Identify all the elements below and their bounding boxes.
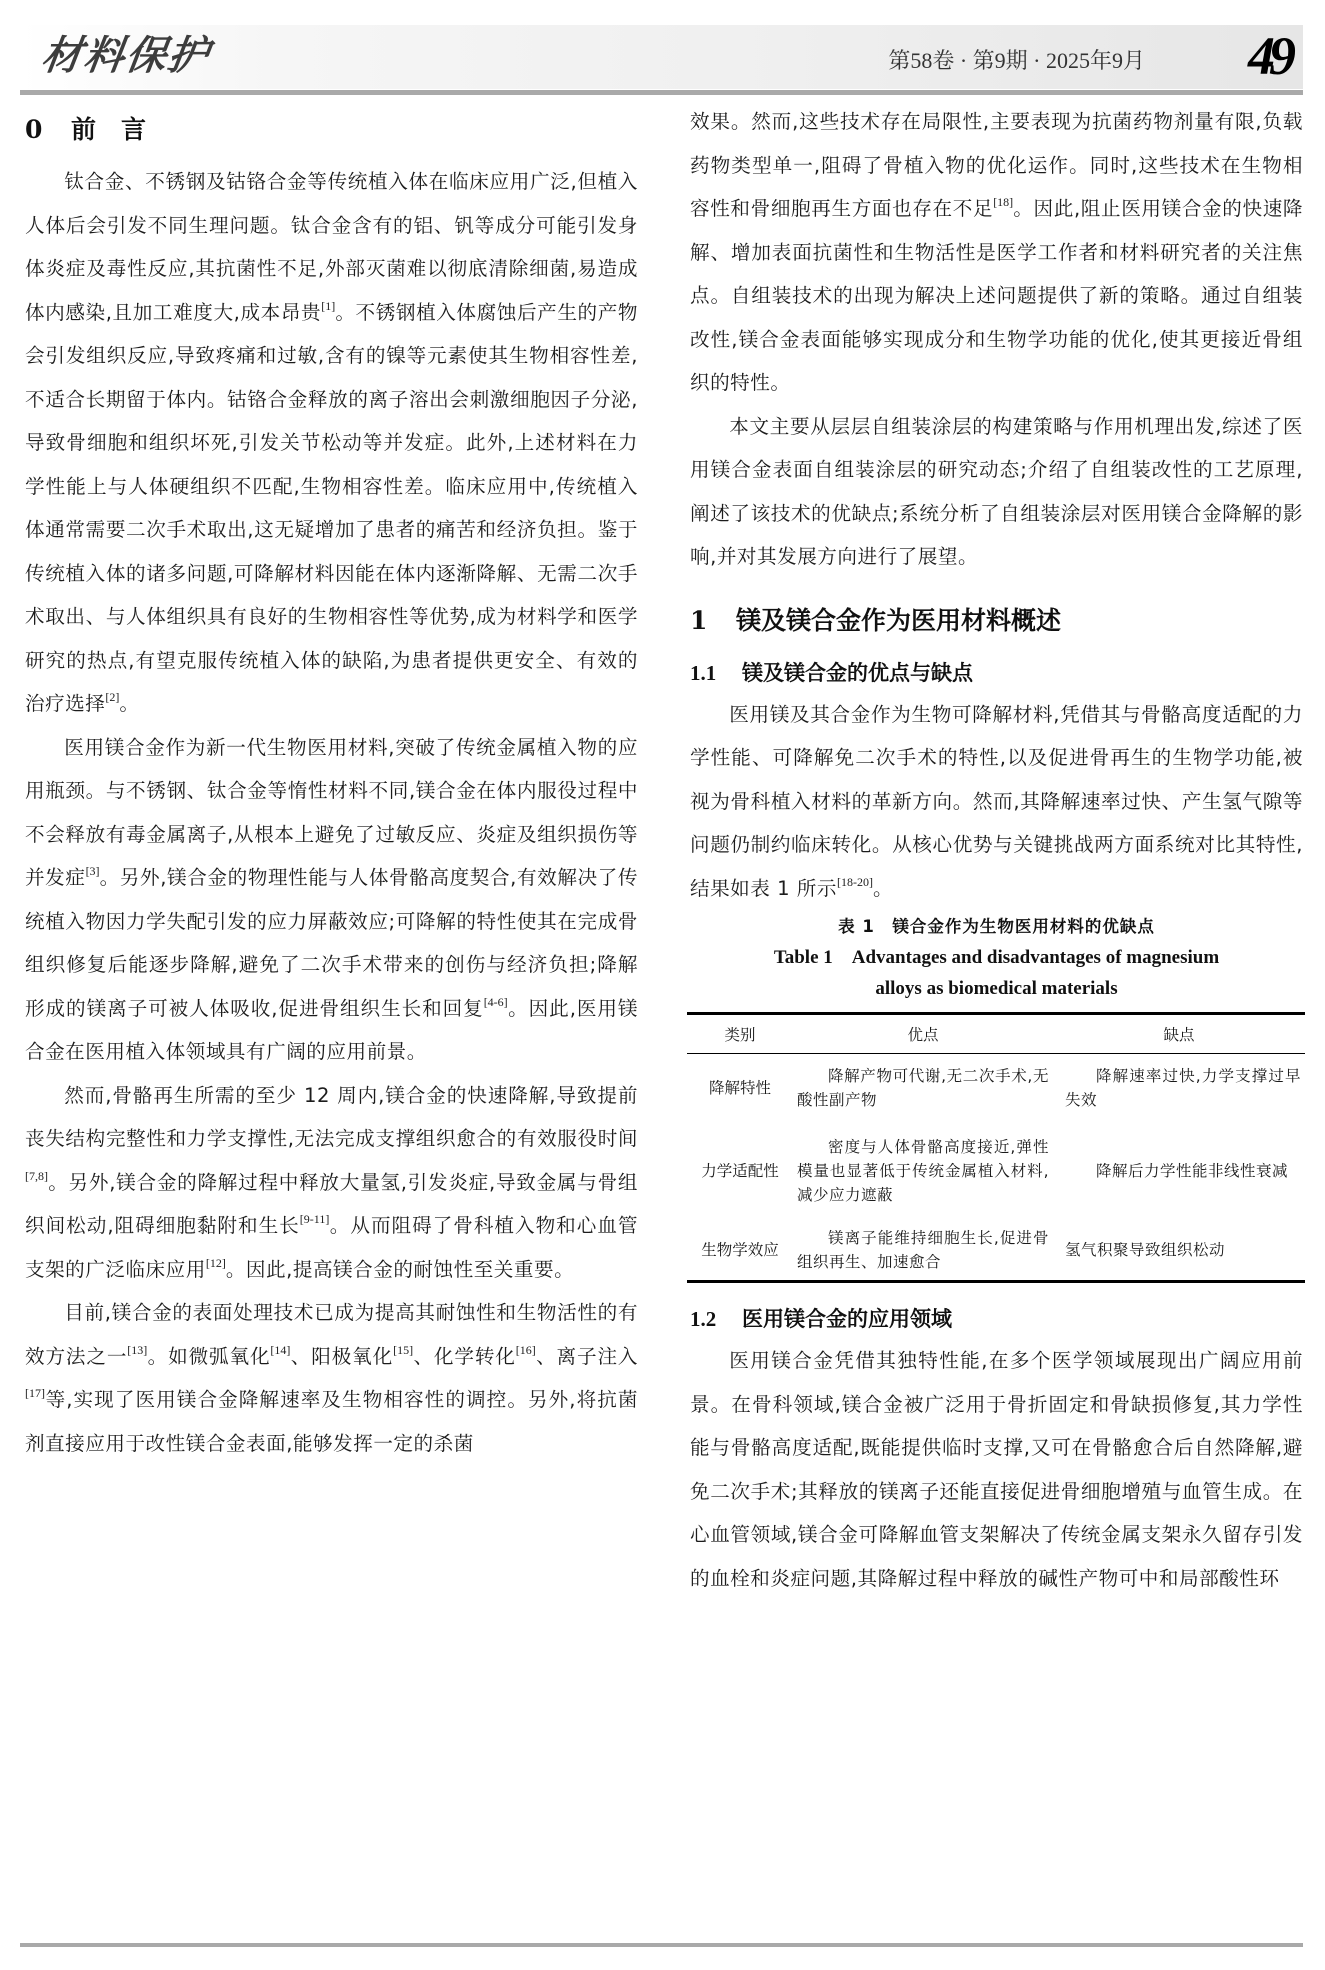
cell-advantage: 降解产物可代谢,无二次手术,无酸性副产物 — [793, 1054, 1053, 1122]
right-column: 效果。然而,这些技术存在局限性,主要表现为抗菌药物剂量有限,负载药物类型单一,阻… — [690, 100, 1303, 1600]
cell-category: 力学适配性 — [687, 1122, 793, 1220]
paragraph: 医用镁合金凭借其独特性能,在多个医学领域展现出广阔应用前景。在骨科领域,镁合金被… — [690, 1339, 1303, 1600]
table-row: 降解特性 降解产物可代谢,无二次手术,无酸性副产物 降解速率过快,力学支撑过早失… — [687, 1054, 1305, 1122]
footer-rule — [20, 1943, 1303, 1947]
table-row: 生物学效应 镁离子能维持细胞生长,促进骨组织再生、加速愈合 氢气积聚导致组织松动 — [687, 1220, 1305, 1282]
cell-disadvantage: 氢气积聚导致组织松动 — [1053, 1220, 1305, 1282]
citation[interactable]: [1] — [321, 299, 335, 313]
citation[interactable]: [17] — [25, 1386, 45, 1400]
table-caption-en-line2: alloys as biomedical materials — [690, 973, 1303, 1004]
journal-logo: 材料保护 — [38, 28, 214, 84]
section-number: 1 — [690, 599, 736, 643]
column-header-category: 类别 — [687, 1014, 793, 1054]
table-1: 表 1 镁合金作为生物医用材料的优缺点 Table 1 Advantages a… — [690, 912, 1303, 1283]
citation[interactable]: [4-6] — [484, 995, 508, 1009]
paragraph: 医用镁合金作为新一代生物医用材料,突破了传统金属植入物的应用瓶颈。与不锈钢、钛合… — [25, 726, 638, 1074]
cell-advantage: 镁离子能维持细胞生长,促进骨组织再生、加速愈合 — [793, 1220, 1053, 1282]
cell-category: 生物学效应 — [687, 1220, 793, 1282]
cell-advantage: 密度与人体骨骼高度接近,弹性模量也显著低于传统金属植入材料,减少应力遮蔽 — [793, 1122, 1053, 1220]
table-caption-cn: 表 1 镁合金作为生物医用材料的优缺点 — [690, 912, 1303, 942]
citation[interactable]: [13] — [127, 1343, 147, 1357]
paragraph: 效果。然而,这些技术存在局限性,主要表现为抗菌药物剂量有限,负载药物类型单一,阻… — [690, 100, 1303, 405]
citation[interactable]: [16] — [516, 1343, 536, 1357]
cell-disadvantage: 降解后力学性能非线性衰减 — [1053, 1122, 1305, 1220]
subsection-number: 1.2 — [690, 1299, 742, 1339]
left-column: 0前 言 钛合金、不锈钢及钴铬合金等传统植入体在临床应用广泛,但植入人体后会引发… — [25, 108, 638, 1465]
citation[interactable]: [18] — [993, 195, 1013, 209]
paragraph: 钛合金、不锈钢及钴铬合金等传统植入体在临床应用广泛,但植入人体后会引发不同生理问… — [25, 160, 638, 726]
issue-info: 第58卷 · 第9期 · 2025年9月 — [888, 46, 1145, 76]
section-heading-1: 1镁及镁合金作为医用材料概述 — [690, 599, 1303, 643]
subsection-title: 镁及镁合金的优点与缺点 — [742, 660, 973, 685]
data-table: 类别 优点 缺点 降解特性 降解产物可代谢,无二次手术,无酸性副产物 降解速率过… — [687, 1012, 1305, 1283]
section-title: 前 言 — [71, 115, 146, 144]
paragraph: 然而,骨骼再生所需的至少 12 周内,镁合金的快速降解,导致提前丧失结构完整性和… — [25, 1074, 638, 1292]
citation[interactable]: [2] — [105, 690, 119, 704]
citation[interactable]: [18-20] — [837, 875, 873, 889]
header-rule — [20, 90, 1303, 95]
citation[interactable]: [9-11] — [300, 1212, 330, 1226]
paragraph: 本文主要从层层自组装涂层的构建策略与作用机理出发,综述了医用镁合金表面自组装涂层… — [690, 405, 1303, 579]
table-caption-en-line1: Table 1 Advantages and disadvantages of … — [690, 942, 1303, 973]
table-row: 力学适配性 密度与人体骨骼高度接近,弹性模量也显著低于传统金属植入材料,减少应力… — [687, 1122, 1305, 1220]
citation[interactable]: [7,8] — [25, 1169, 48, 1183]
citation[interactable]: [3] — [86, 864, 100, 878]
page-number: 49 — [1248, 26, 1290, 86]
section-number: 0 — [25, 108, 71, 152]
citation[interactable]: [12] — [206, 1256, 226, 1270]
table-header-row: 类别 优点 缺点 — [687, 1014, 1305, 1054]
citation[interactable]: [15] — [393, 1343, 413, 1357]
subsection-title: 医用镁合金的应用领域 — [742, 1306, 952, 1331]
subsection-heading-1-2: 1.2医用镁合金的应用领域 — [690, 1299, 1303, 1339]
citation[interactable]: [14] — [270, 1343, 290, 1357]
subsection-number: 1.1 — [690, 653, 742, 693]
paragraph: 医用镁及其合金作为生物可降解材料,凭借其与骨骼高度适配的力学性能、可降解免二次手… — [690, 693, 1303, 911]
cell-category: 降解特性 — [687, 1054, 793, 1122]
subsection-heading-1-1: 1.1镁及镁合金的优点与缺点 — [690, 653, 1303, 693]
column-header-disadvantage: 缺点 — [1053, 1014, 1305, 1054]
section-heading-0: 0前 言 — [25, 108, 638, 152]
section-title: 镁及镁合金作为医用材料概述 — [736, 606, 1061, 635]
paragraph: 目前,镁合金的表面处理技术已成为提高其耐蚀性和生物活性的有效方法之一[13]。如… — [25, 1291, 638, 1465]
cell-disadvantage: 降解速率过快,力学支撑过早失效 — [1053, 1054, 1305, 1122]
column-header-advantage: 优点 — [793, 1014, 1053, 1054]
